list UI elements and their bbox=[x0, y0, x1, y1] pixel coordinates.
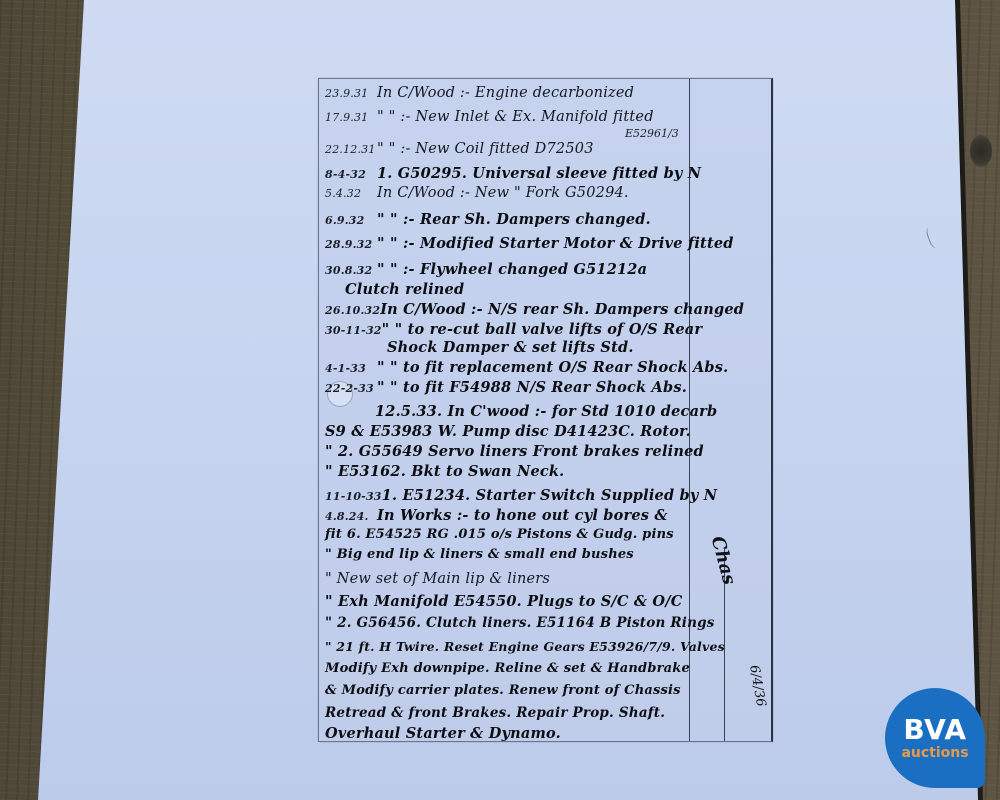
record-entry: " Exh Manifold E54550. Plugs to S/C & O/… bbox=[325, 593, 682, 610]
record-entry: 5.4.32In C/Wood :- New " Fork G50294. bbox=[325, 185, 629, 201]
wood-knot bbox=[970, 135, 992, 167]
entry-text: In Works :- to hone out cyl bores & bbox=[377, 507, 668, 524]
entry-text: " " to fit replacement O/S Rear Shock Ab… bbox=[377, 359, 728, 376]
record-entry: " E53162. Bkt to Swan Neck. bbox=[325, 463, 564, 480]
logo-brand-text: BVA bbox=[903, 715, 966, 745]
entry-date: 6.9.32 bbox=[325, 214, 377, 227]
entry-text: Modify Exh downpipe. Reline & set & Hand… bbox=[325, 661, 690, 676]
logo-sub-text: auctions bbox=[901, 745, 968, 761]
entry-date: 5.4.32 bbox=[325, 187, 377, 200]
entry-date: 30.8.32 bbox=[325, 264, 377, 277]
entry-text: " E53162. Bkt to Swan Neck. bbox=[325, 463, 564, 480]
entry-text: Shock Damper & set lifts Std. bbox=[387, 339, 634, 356]
record-entry: 12.5.33. In C'wood :- for Std 1010 decar… bbox=[375, 403, 717, 420]
record-entry: Retread & front Brakes. Repair Prop. Sha… bbox=[325, 705, 665, 721]
entry-date: 4-1-33 bbox=[325, 362, 377, 375]
entry-date: 23.9.31 bbox=[325, 87, 377, 100]
bva-auctions-logo: BVA auctions bbox=[885, 688, 985, 788]
record-entry: Clutch relined bbox=[345, 281, 464, 298]
record-entry: 22-2-33" " to fit F54988 N/S Rear Shock … bbox=[325, 379, 687, 396]
entry-date: 8-4-32 bbox=[325, 168, 377, 181]
entry-date: 22.12.31 bbox=[325, 143, 377, 156]
entry-text: 1. G50295. Universal sleeve fitted by N bbox=[377, 165, 701, 182]
record-entry: 8-4-321. G50295. Universal sleeve fitted… bbox=[325, 165, 701, 182]
entry-text: " New set of Main lip & liners bbox=[325, 571, 550, 587]
entry-text: " 21 ft. H Twire. Reset Engine Gears E53… bbox=[325, 639, 725, 654]
entry-text: & Modify carrier plates. Renew front of … bbox=[325, 683, 681, 698]
record-entry: " New set of Main lip & liners bbox=[325, 571, 550, 587]
entry-text: " " :- Rear Sh. Dampers changed. bbox=[377, 211, 651, 228]
entry-text: " " :- Flywheel changed G51212a bbox=[377, 261, 647, 278]
entry-date: 30-11-32 bbox=[325, 324, 382, 337]
entry-text: " 2. G56456. Clutch liners. E51164 B Pis… bbox=[325, 615, 715, 631]
record-entry: 22.12.31" " :- New Coil fitted D72503 bbox=[325, 141, 594, 157]
entry-text: 1. E51234. Starter Switch Supplied by N bbox=[382, 487, 718, 504]
entry-text: Retread & front Brakes. Repair Prop. Sha… bbox=[325, 705, 665, 721]
record-entry: " 2. G56456. Clutch liners. E51164 B Pis… bbox=[325, 615, 715, 631]
entry-date: 26.10.32 bbox=[325, 304, 380, 317]
entry-text: fit 6. E54525 RG .015 o/s Pistons & Gudg… bbox=[325, 527, 674, 542]
entry-text: Clutch relined bbox=[345, 281, 464, 298]
entry-text: Overhaul Starter & Dynamo. bbox=[325, 725, 561, 742]
entry-text: " " to fit F54988 N/S Rear Shock Abs. bbox=[377, 379, 687, 396]
record-entry: 23.9.31In C/Wood :- Engine decarbonized bbox=[325, 85, 634, 101]
entry-date: 28.9.32 bbox=[325, 238, 377, 251]
record-entry: " 21 ft. H Twire. Reset Engine Gears E53… bbox=[325, 639, 725, 654]
record-entry: Overhaul Starter & Dynamo. bbox=[325, 725, 561, 742]
service-record-card: 23.9.31In C/Wood :- Engine decarbonized … bbox=[318, 78, 773, 742]
record-entry: 17.9.31" " :- New Inlet & Ex. Manifold f… bbox=[325, 109, 654, 125]
entry-text: " " :- New Coil fitted D72503 bbox=[377, 141, 594, 157]
part-number-note: E52961/3 bbox=[625, 127, 679, 140]
entry-text: 12.5.33. In C'wood :- for Std 1010 decar… bbox=[375, 403, 717, 420]
record-entry: 4.8.24.In Works :- to hone out cyl bores… bbox=[325, 507, 668, 524]
record-entry: Shock Damper & set lifts Std. bbox=[387, 339, 634, 356]
record-entry: 6.9.32" " :- Rear Sh. Dampers changed. bbox=[325, 211, 651, 228]
record-entry: S9 & E53983 W. Pump disc D41423C. Rotor. bbox=[325, 423, 691, 440]
entry-text: " " to re-cut ball valve lifts of O/S Re… bbox=[382, 321, 703, 338]
entry-date: 4.8.24. bbox=[325, 510, 377, 523]
entry-text: " Big end lip & liners & small end bushe… bbox=[325, 547, 634, 562]
entry-text: " " :- New Inlet & Ex. Manifold fitted bbox=[377, 109, 654, 125]
entry-date: 11-10-33 bbox=[325, 490, 382, 503]
entry-text: In C/Wood :- New " Fork G50294. bbox=[377, 185, 629, 201]
entry-text: " Exh Manifold E54550. Plugs to S/C & O/… bbox=[325, 593, 682, 610]
record-entry: 26.10.32In C/Wood :- N/S rear Sh. Damper… bbox=[325, 301, 744, 318]
record-entry: 30-11-32" " to re-cut ball valve lifts o… bbox=[325, 321, 702, 338]
record-entry: 30.8.32" " :- Flywheel changed G51212a bbox=[325, 261, 647, 278]
entry-text: " 2. G55649 Servo liners Front brakes re… bbox=[325, 443, 704, 460]
margin-signature: Chas bbox=[707, 534, 740, 587]
entry-date: 17.9.31 bbox=[325, 111, 377, 124]
entry-text: In C/Wood :- Engine decarbonized bbox=[377, 85, 634, 101]
record-entry: " 2. G55649 Servo liners Front brakes re… bbox=[325, 443, 704, 460]
record-entry: 11-10-331. E51234. Starter Switch Suppli… bbox=[325, 487, 717, 504]
entry-date: 22-2-33 bbox=[325, 382, 377, 395]
record-entry: 4-1-33" " to fit replacement O/S Rear Sh… bbox=[325, 359, 728, 376]
record-entry: Modify Exh downpipe. Reline & set & Hand… bbox=[325, 661, 690, 676]
record-entry: 28.9.32" " :- Modified Starter Motor & D… bbox=[325, 235, 734, 252]
margin-signature-date: 6/4/36 bbox=[746, 664, 768, 708]
record-entry: " Big end lip & liners & small end bushe… bbox=[325, 547, 634, 562]
entry-text: S9 & E53983 W. Pump disc D41423C. Rotor. bbox=[325, 423, 691, 440]
entry-text: " " :- Modified Starter Motor & Drive fi… bbox=[377, 235, 734, 252]
entry-text: In C/Wood :- N/S rear Sh. Dampers change… bbox=[380, 301, 744, 318]
record-entry: fit 6. E54525 RG .015 o/s Pistons & Gudg… bbox=[325, 527, 674, 542]
record-entry: & Modify carrier plates. Renew front of … bbox=[325, 683, 681, 698]
